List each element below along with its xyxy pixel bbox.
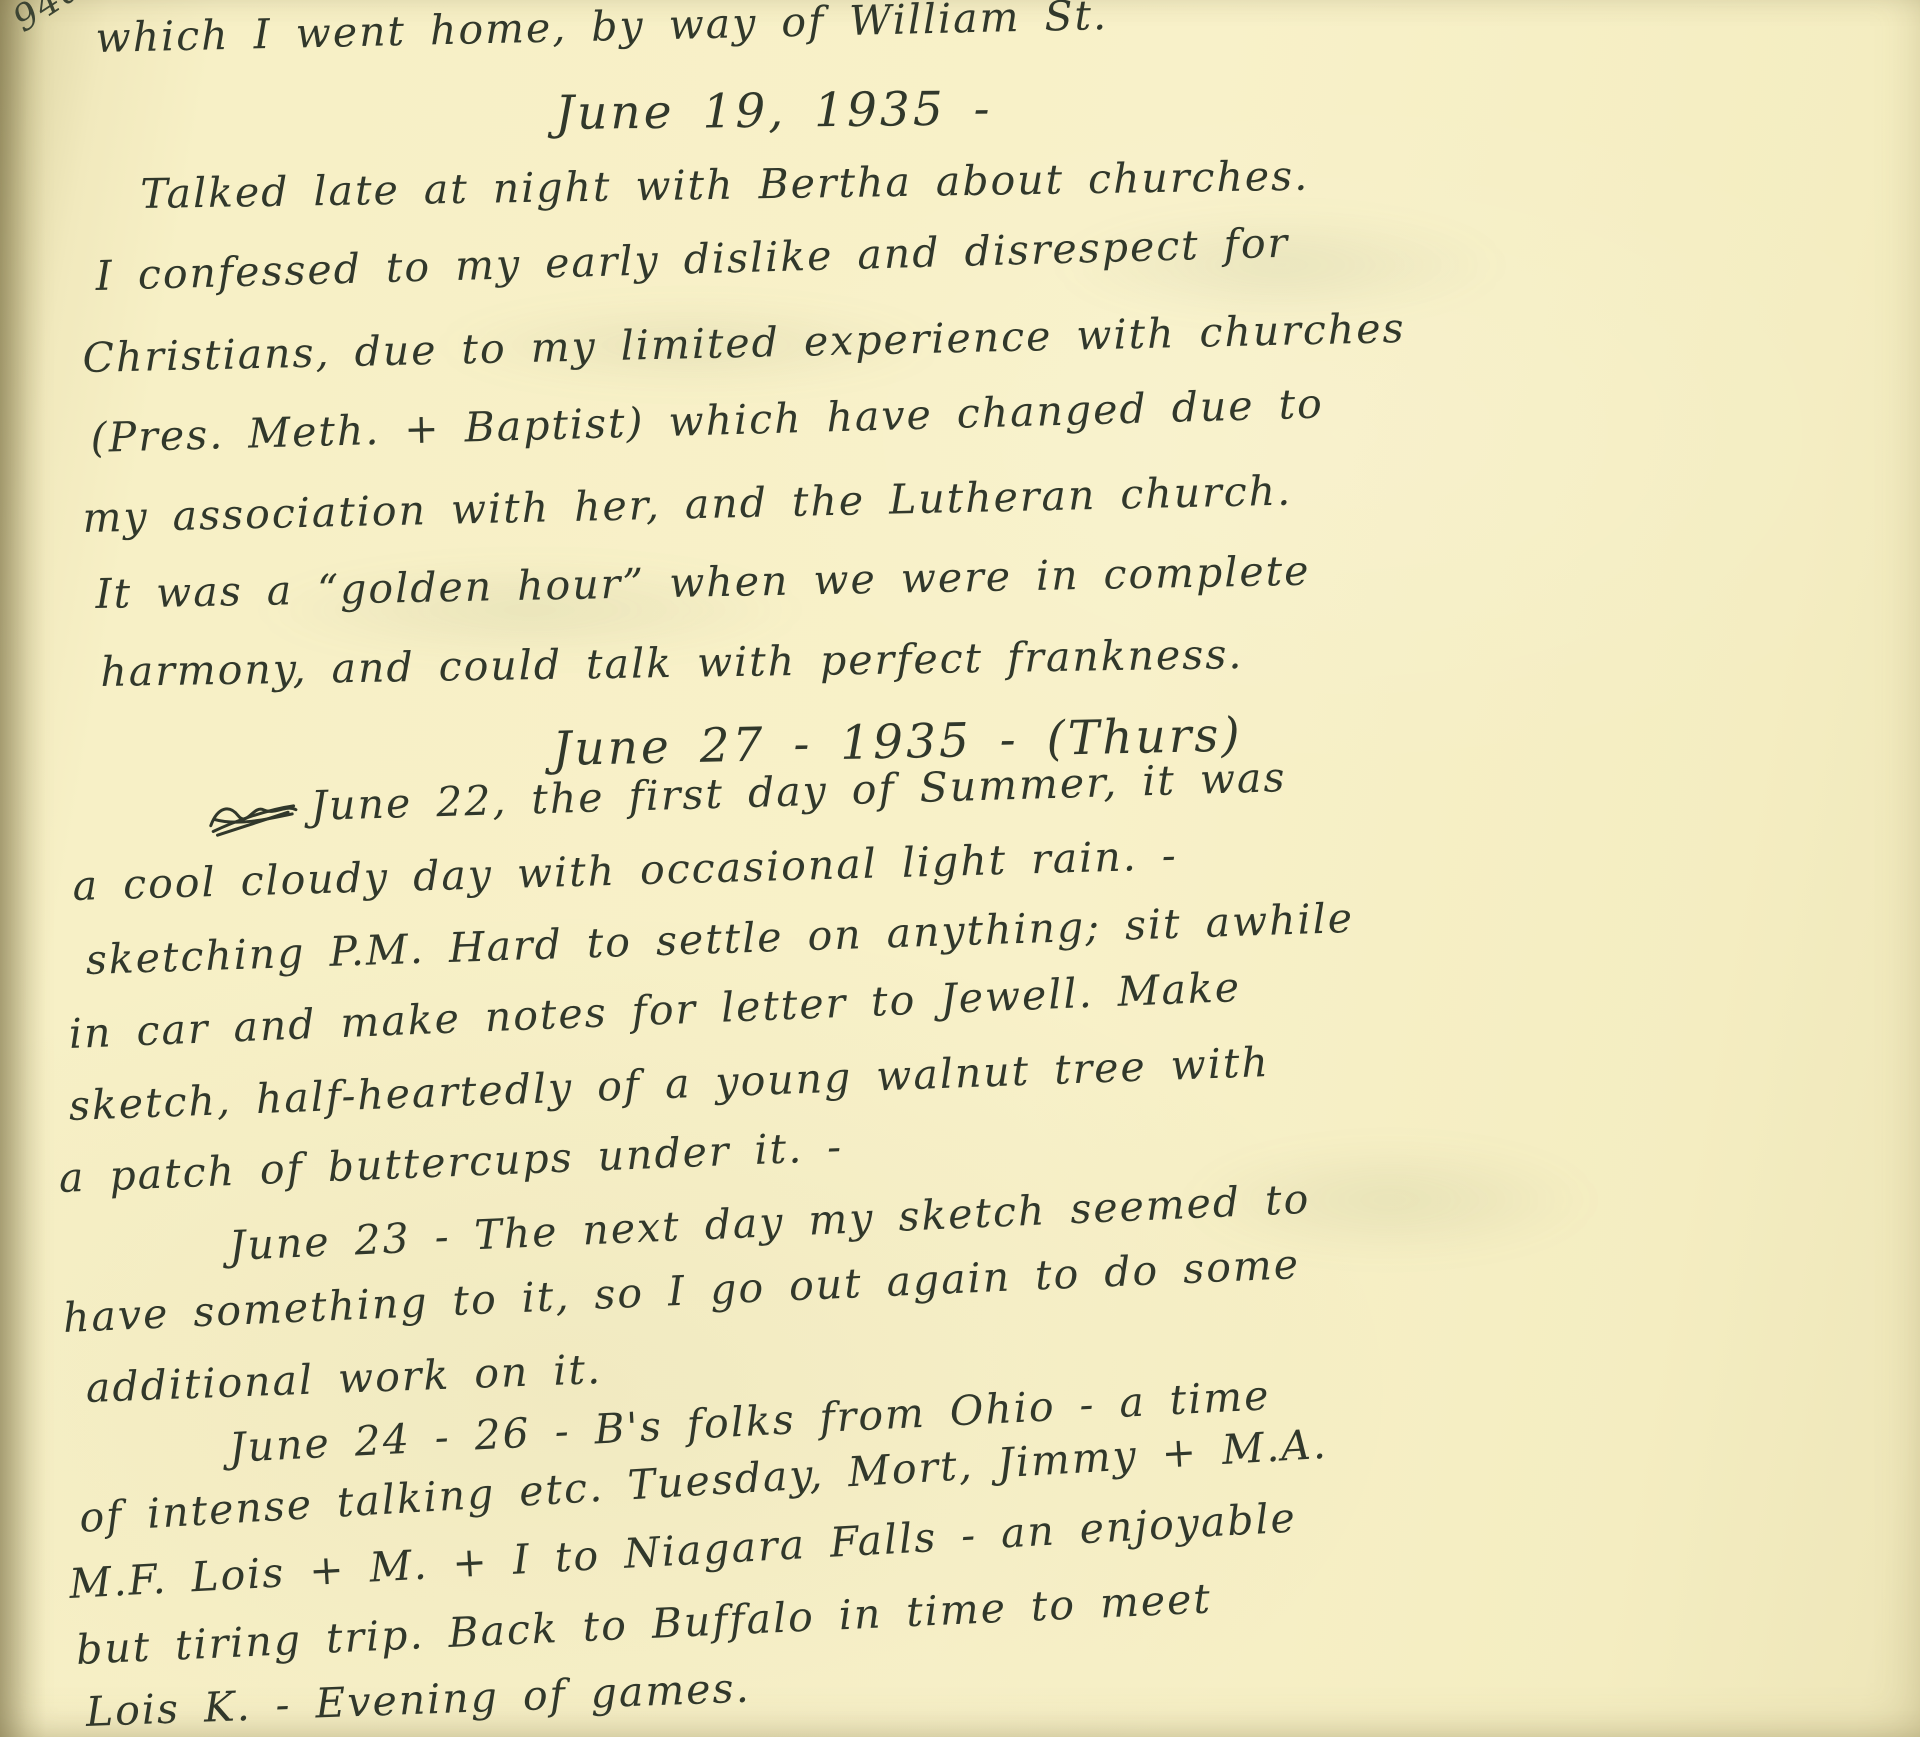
handwritten-line: my association with her, and the Luthera… [82, 467, 1293, 542]
handwritten-line: (Pres. Meth. + Baptist) which have chang… [90, 380, 1324, 462]
handwritten-line: Christians, due to my limited experience… [82, 304, 1406, 382]
handwritten-line: additional work on it. [85, 1345, 603, 1412]
handwritten-line: Lois K. - Evening of games. [85, 1664, 751, 1736]
handwritten-line: harmony, and could talk with perfect fra… [100, 630, 1244, 696]
handwritten-line: Talked late at night with Bertha about c… [140, 152, 1310, 218]
handwritten-line: a cool cloudy day with occasional light … [72, 831, 1178, 910]
page-number: 94a [6, 0, 90, 40]
page-binding-edge-shadow [0, 0, 46, 1737]
handwritten-line: It was a “golden hour” when we were in c… [95, 547, 1311, 618]
handwritten-line: sketch, half-heartedly of a young walnut… [68, 1038, 1271, 1130]
entry-heading-june-19: June 19, 1935 - [555, 81, 993, 141]
handwritten-line: a patch of buttercups under it. - [58, 1123, 844, 1202]
handwritten-line: I confessed to my early dislike and disr… [95, 219, 1290, 300]
continuation-line: which I went home, by way of William St. [95, 0, 1109, 62]
diary-page: 94a which I went home, by way of William… [0, 0, 1920, 1737]
scribble-strikethrough [205, 793, 304, 842]
scribble-strikethrough-icon [205, 793, 304, 842]
